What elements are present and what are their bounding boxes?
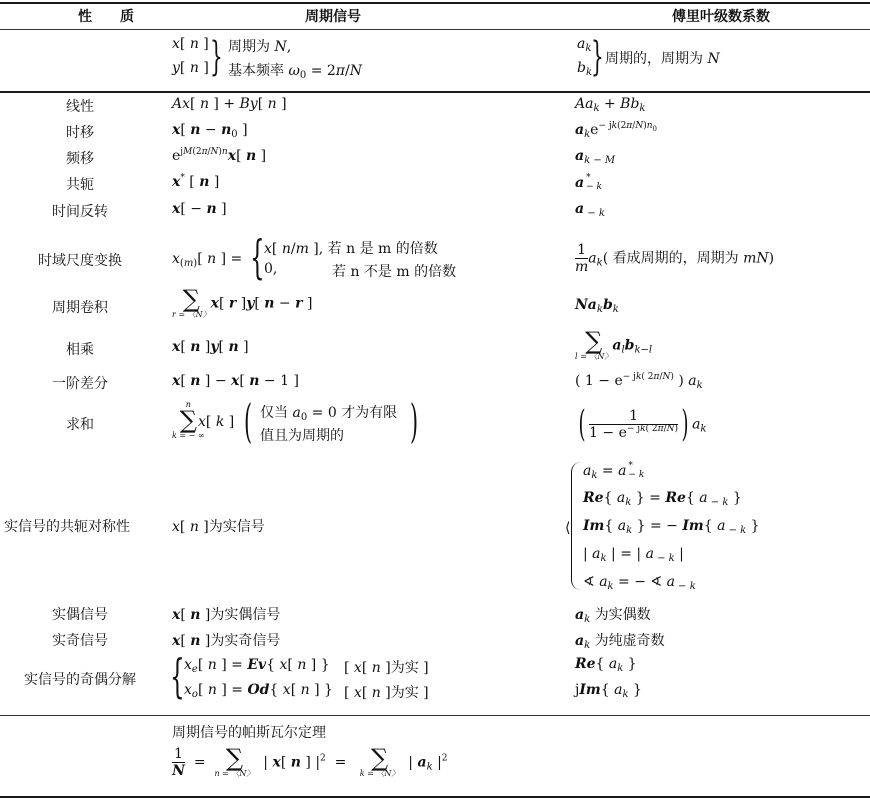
parseval-equation: 1N = ∑n = 〈N〉 | x[ n ] |2 = ∑k = 〈N〉 | a… [172,746,448,779]
coef-linearity: Aak + Bbk [575,96,645,112]
property-frequency-shift: 频移 [0,148,160,168]
signal-frequency-shift: ejM(2π/N)nx[ n ] [172,148,266,164]
signal-real-odd: x[ n ]为实奇信号 [172,630,280,650]
signal-time-reversal: x[ − n ] [172,201,227,217]
coef-multiplication: ∑l = 〈N〉albk−l [575,330,652,361]
if-not-multiple-text: 若 n 不是 m 的倍数 [332,261,456,281]
coef-running-sum: (11 − e− jk( 2π/N))ak [575,404,706,445]
coef-time-scaling: 1mak( 看成周期的，周期为 mN) [575,242,774,275]
header-property: 性 质 [78,6,134,26]
property-running-sum: 求和 [0,414,160,434]
period-text: 周期为 [228,39,270,55]
is-real-text: 为实信号 [209,519,265,535]
header-fourier-coefficients: 傅里叶级数系数 [672,6,770,26]
property-time-scaling: 时域尺度变换 [0,250,160,270]
signal-time-shift: x[ n − n0 ] [172,122,248,138]
property-multiplication: 相乘 [0,339,160,359]
header-periodic-signal: 周期信号 [305,6,361,26]
bottom-rule [0,796,870,798]
definition-rule [0,91,870,93]
parseval-rule [0,715,870,716]
view-periodic-text: 看成周期的，周期为 [613,251,739,267]
is-real-short-1: 为实 [391,660,419,676]
coef-even-odd-imag-part: jIm{ ak } [575,682,642,698]
sum-note-1b: 才为有限 [341,405,397,421]
coef-even-odd-real-part: Re{ ak } [575,656,637,672]
coef-real-even: ak 为实偶数 [575,604,651,624]
periodic-coef-text: 周期的，周期为 [605,51,703,67]
real-even-num-text: 为实偶数 [595,607,651,623]
top-rule [0,2,870,4]
parseval-title: 周期信号的帕斯瓦尔定理 [172,722,326,742]
header-rule [0,29,870,30]
if-multiple-text: 若 n 是 m 的倍数 [328,241,438,257]
property-time-shift: 时移 [0,122,160,142]
coef-real-odd: ak 为纯虚奇数 [575,630,665,650]
is-real-even-text: 为实偶信号 [210,607,280,623]
property-real-odd: 实奇信号 [0,630,160,650]
pure-imag-odd-text: 为纯虚奇数 [595,633,665,649]
property-conjugate-symmetry: 实信号的共轭对称性 [4,516,130,536]
property-even-odd-decomposition: 实信号的奇偶分解 [0,669,160,689]
sum-note-1: 仅当 [260,405,288,421]
signal-linearity: Ax[ n ] + By[ n ] [172,96,287,112]
property-periodic-convolution: 周期卷积 [0,297,160,317]
coef-periodic-convolution: Nakbk [575,297,619,313]
property-real-even: 实偶信号 [0,604,160,624]
signal-first-difference: x[ n ] − x[ n − 1 ] [172,373,299,389]
signal-periodic-convolution: ∑r = 〈N〉x[ r ]y[ n − r ] [172,288,312,319]
fundamental-text: 基本频率 [228,63,284,79]
coef-first-difference: ( 1 − e− jk( 2π/N) ) ak [575,373,703,389]
property-conjugation: 共轭 [0,174,160,194]
signal-conjugate-symmetry: x[ n ]为实信号 [172,516,265,536]
signal-conjugation: x* [ n ] [172,174,219,190]
coef-time-reversal: a − k [575,201,605,217]
coef-conjugation: a*− k [575,174,602,192]
property-linearity: 线性 [0,96,160,116]
is-real-short-2: 为实 [391,685,419,701]
property-first-difference: 一阶差分 [0,373,160,393]
signal-multiplication: x[ n ]y[ n ] [172,339,249,355]
property-time-reversal: 时间反转 [0,201,160,221]
signal-real-even: x[ n ]为实偶信号 [172,604,280,624]
is-real-odd-text: 为实奇信号 [210,633,280,649]
coef-frequency-shift: ak − M [575,148,615,164]
sum-note-2: 值且为周期的 [260,425,344,445]
coef-time-shift: ake− jk(2π/N)n0 [575,122,657,138]
